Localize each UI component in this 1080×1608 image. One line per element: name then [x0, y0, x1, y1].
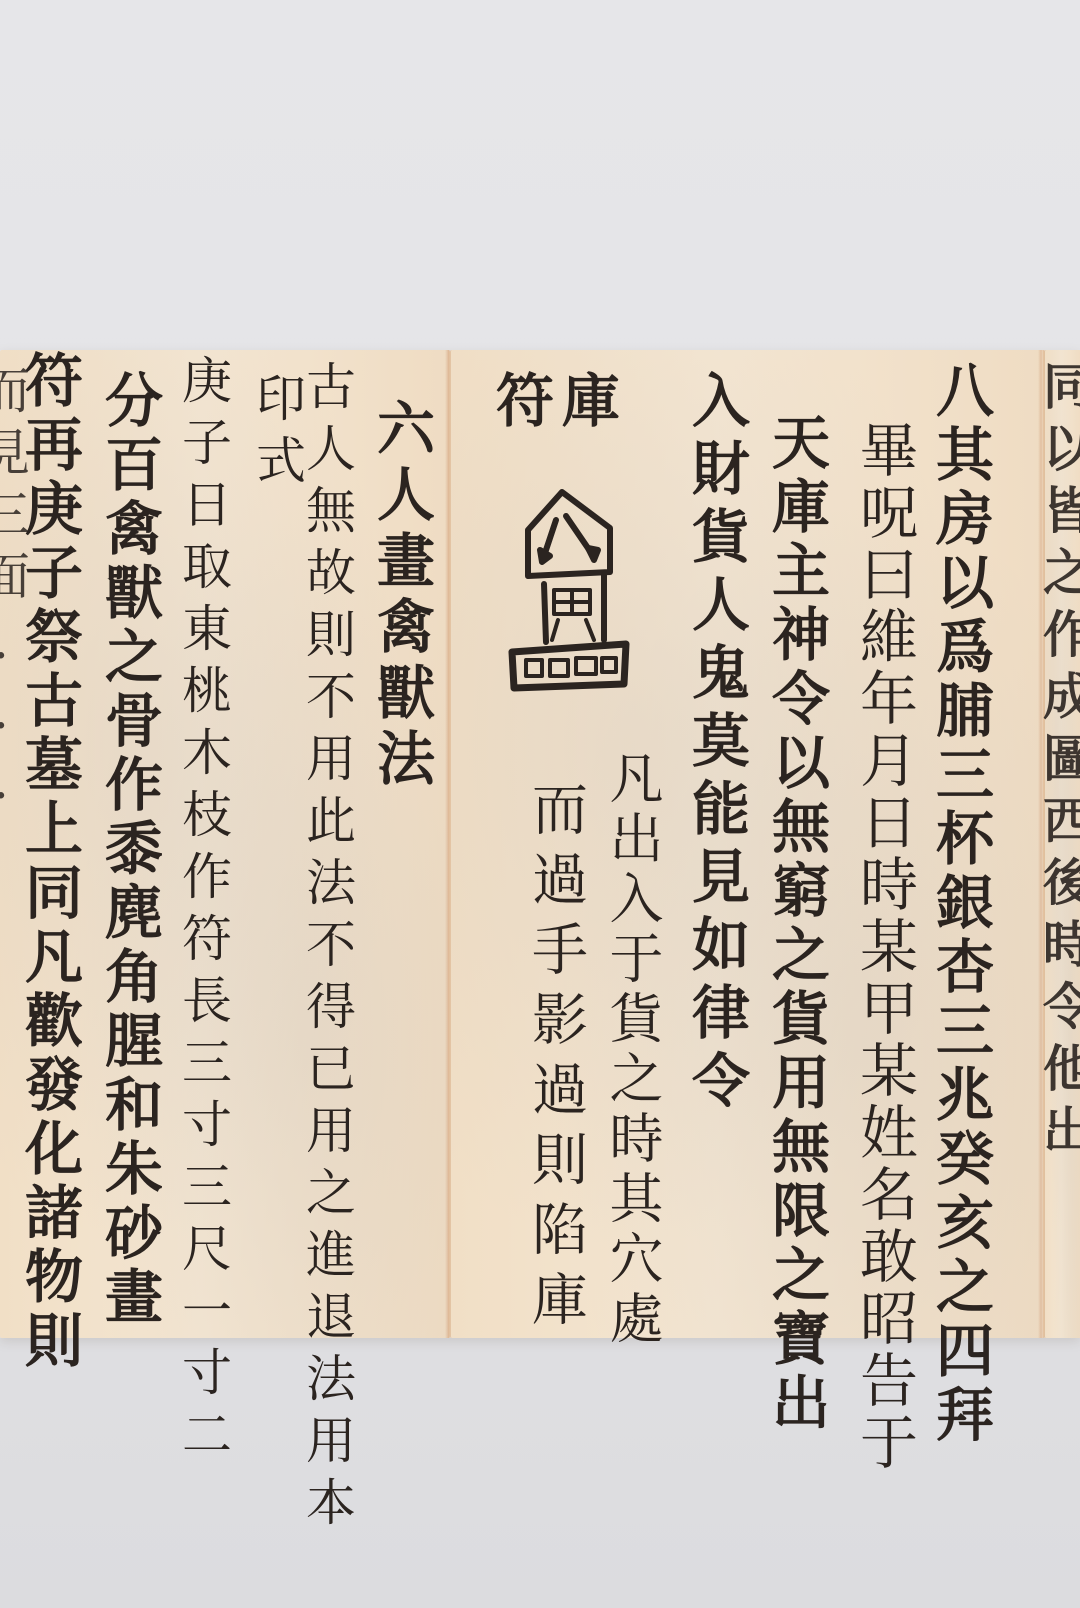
text-column-heading: 六人畫禽獸法	[372, 398, 430, 794]
manuscript-strip: 六人畫禽獸法 古人無故則不用此法不得已用之進退法用本 印式 庚子日取東桃木枝作符…	[0, 350, 1080, 1338]
text-column: 畢呪曰維年月日時某甲某姓名敢昭告于	[855, 420, 913, 1474]
talisman-title: 庫	[557, 370, 615, 436]
text-column: 八其房以爲脯三杯銀杏三兆癸亥之四拜	[931, 360, 989, 1448]
text-column: 入財貨人鬼莫能見如律令	[687, 370, 745, 1118]
text-column: 印式	[252, 372, 302, 496]
talisman-seal-icon	[506, 480, 636, 700]
text-column: 庚子日取東桃木枝作符長三寸三尺一寸二	[178, 354, 228, 1470]
manuscript-page-partial: 同以皆之作成圖西後時令他出	[1044, 350, 1080, 1338]
text-column: 古人無故則不用此法不得已用之進退法用本	[302, 360, 352, 1538]
text-column: 凡出入于貨之時其穴處	[605, 750, 659, 1350]
manuscript-page-left: 六人畫禽獸法 古人無故則不用此法不得已用之進退法用本 印式 庚子日取東桃木枝作符…	[0, 350, 450, 1338]
text-column: 同以皆之作成圖西後時令他出	[1039, 360, 1080, 1166]
text-column: 而過手影過則陷庫	[527, 780, 583, 1340]
text-column: 天庫主神令以無窮之貨用無限之寶出	[767, 412, 825, 1436]
text-column: 分百禽獸之骨作黍麂角腥和朱砂畫	[100, 370, 158, 1330]
talisman-title: 符	[491, 370, 549, 436]
text-column: 而見三面...	[0, 364, 26, 822]
